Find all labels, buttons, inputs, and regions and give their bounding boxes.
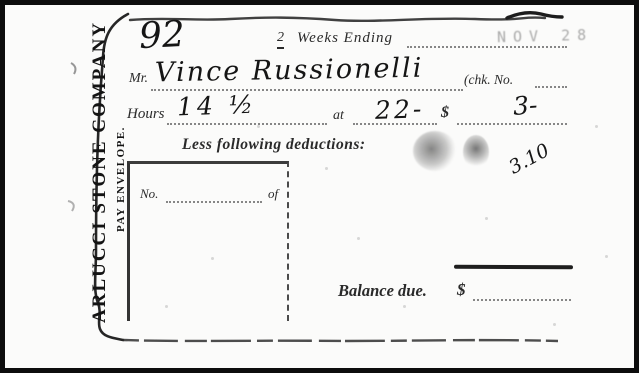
pay-envelope-label: PAY ENVELOPE. bbox=[115, 115, 127, 243]
check-number-blank-line bbox=[535, 86, 567, 88]
amount-blank-line bbox=[457, 123, 567, 125]
weeks-ending-blank-line bbox=[407, 46, 567, 48]
period-prefix: 2 bbox=[277, 30, 284, 49]
date-stamp: NOV 28 bbox=[497, 26, 594, 47]
balance-blank-line bbox=[473, 299, 571, 301]
at-label: at bbox=[333, 108, 344, 124]
mr-label: Mr. bbox=[129, 71, 148, 87]
rate-handwritten: 22- bbox=[375, 94, 425, 125]
amount-handwritten: 3- bbox=[512, 90, 538, 121]
hours-label: Hours bbox=[127, 106, 165, 123]
ink-smudge bbox=[463, 135, 489, 169]
deductions-label: Less following deductions: bbox=[182, 136, 366, 154]
balance-dollar-sign: $ bbox=[457, 280, 466, 300]
payee-name-handwritten: Vince Russionelli bbox=[155, 53, 424, 89]
scanned-pay-envelope: ARLUCCI STONE COMPANY PAY ENVELOPE. 92 2… bbox=[0, 0, 639, 373]
hours-value-handwritten: 14 ½ bbox=[177, 90, 258, 122]
hours-blank-line bbox=[167, 123, 327, 125]
ink-smudge bbox=[413, 131, 457, 171]
stub-no-blank-line bbox=[166, 201, 262, 203]
stub-no-label: No. bbox=[140, 186, 158, 202]
stub-of-label: of bbox=[268, 186, 278, 202]
check-number-label: (chk. No. bbox=[464, 72, 513, 88]
dollar-sign: $ bbox=[441, 104, 449, 122]
company-name-vertical: ARLUCCI STONE COMPANY bbox=[89, 31, 111, 323]
stub-box: No. of bbox=[127, 161, 289, 321]
envelope-number-handwritten: 92 bbox=[138, 14, 186, 57]
total-rule-line bbox=[454, 265, 573, 269]
balance-due-label: Balance due. bbox=[338, 281, 427, 301]
weeks-ending-label: Weeks Ending bbox=[297, 30, 393, 47]
